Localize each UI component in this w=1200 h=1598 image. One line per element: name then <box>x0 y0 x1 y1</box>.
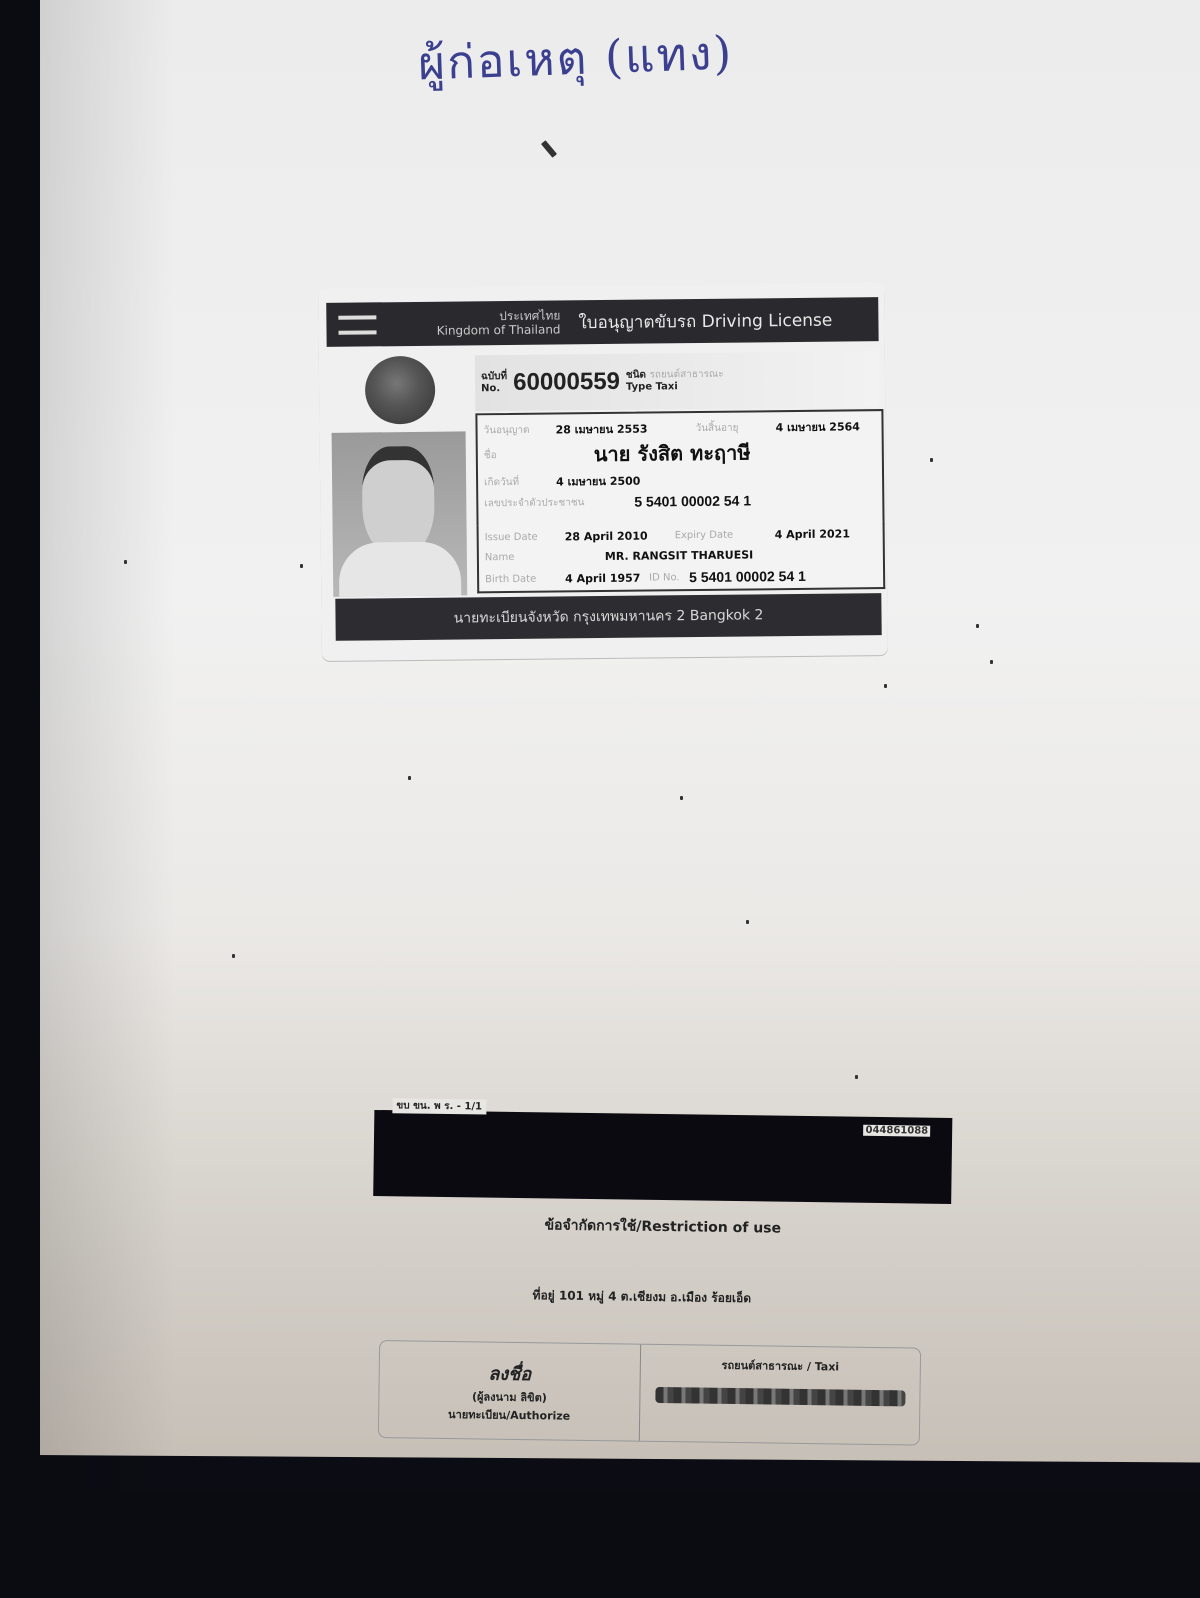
signature-box: ลงชื่อ (ผู้ลงนาม ลิขิต) นายทะเบียน/Autho… <box>378 1340 921 1446</box>
issue-date-en: 28 April 2010 <box>565 529 675 543</box>
vehicle-type-panel: รถยนต์สาธารณะ / Taxi <box>640 1345 920 1445</box>
back-top-line: ขบ ขน. พ ร. - 1/1 <box>392 1098 486 1114</box>
handwritten-note: ผู้ก่อเหตุ (แทง) <box>417 17 735 101</box>
dust-speck <box>680 796 683 800</box>
expiry-date-en: 4 April 2021 <box>775 527 850 541</box>
dust-speck <box>855 1075 858 1079</box>
dust-speck <box>232 954 235 958</box>
issue-date-thai: 28 เมษายน 2553 <box>555 419 695 438</box>
authority-signature: ลงชื่อ (ผู้ลงนาม ลิขิต) นายทะเบียน/Autho… <box>379 1341 641 1441</box>
background-edge-bottom <box>0 1490 1200 1598</box>
driving-license-front: ประเทศไทย Kingdom of Thailand ใบอนุญาตขั… <box>318 283 888 661</box>
dust-speck <box>124 560 127 564</box>
registrar-footer: นายทะเบียนจังหวัด กรุงเทพมหานคร 2 Bangko… <box>335 593 881 641</box>
license-type: Taxi <box>656 381 678 392</box>
dust-speck <box>990 660 993 664</box>
license-title: ใบอนุญาตขับรถ Driving License <box>578 306 832 336</box>
dust-speck <box>976 624 979 628</box>
dust-speck <box>884 684 887 688</box>
signature-mark: ลงชื่อ <box>488 1358 531 1388</box>
dust-speck <box>746 920 749 924</box>
id-number-en: 5 5401 00002 54 1 <box>689 568 806 585</box>
thai-details: วันอนุญาต 28 เมษายน 2553 วันสิ้นอายุ 4 เ… <box>475 409 884 529</box>
birth-date-thai: 4 เมษายน 2500 <box>556 472 641 491</box>
expiry-date-thai: 4 เมษายน 2564 <box>775 417 860 436</box>
dust-speck <box>930 458 933 462</box>
id-number-thai: 5 5401 00002 54 1 <box>634 492 751 509</box>
holder-photo <box>332 431 468 596</box>
thai-flag-icon <box>334 309 380 339</box>
dust-speck <box>408 776 411 780</box>
name-en: MR. RANGSIT THARUESI <box>605 548 753 563</box>
birth-date-en: 4 April 1957 <box>565 571 649 585</box>
license-header: ประเทศไทย Kingdom of Thailand ใบอนุญาตขั… <box>326 297 878 347</box>
paper-shadow <box>36 0 176 1500</box>
license-number-row: ฉบับที่ No. 60000559 ชนิด รถยนต์สาธารณะ … <box>475 351 880 411</box>
dust-speck <box>300 564 303 568</box>
country-label: ประเทศไทย Kingdom of Thailand <box>400 308 560 338</box>
garuda-seal-icon <box>365 356 436 425</box>
back-code: 044861088 <box>863 1125 930 1137</box>
restriction-of-use: ข้อจำกัดการใช้/Restriction of use <box>373 1212 953 1242</box>
license-number: 60000559 <box>513 368 620 397</box>
name-thai: นาย รังสิต ทะฤาษี <box>594 436 751 470</box>
vehicle-icons-strip <box>655 1387 905 1406</box>
background-edge-left <box>0 0 40 1598</box>
english-details: Issue Date 28 April 2010 Expiry Date 4 A… <box>477 521 886 593</box>
driving-license-back: ขบ ขน. พ ร. - 1/1 044861088 ข้อจำกัดการใ… <box>370 1100 955 1468</box>
holder-address: ที่อยู่ 101 หมู่ 4 ต.เชียงม อ.เมือง ร้อย… <box>372 1284 912 1311</box>
